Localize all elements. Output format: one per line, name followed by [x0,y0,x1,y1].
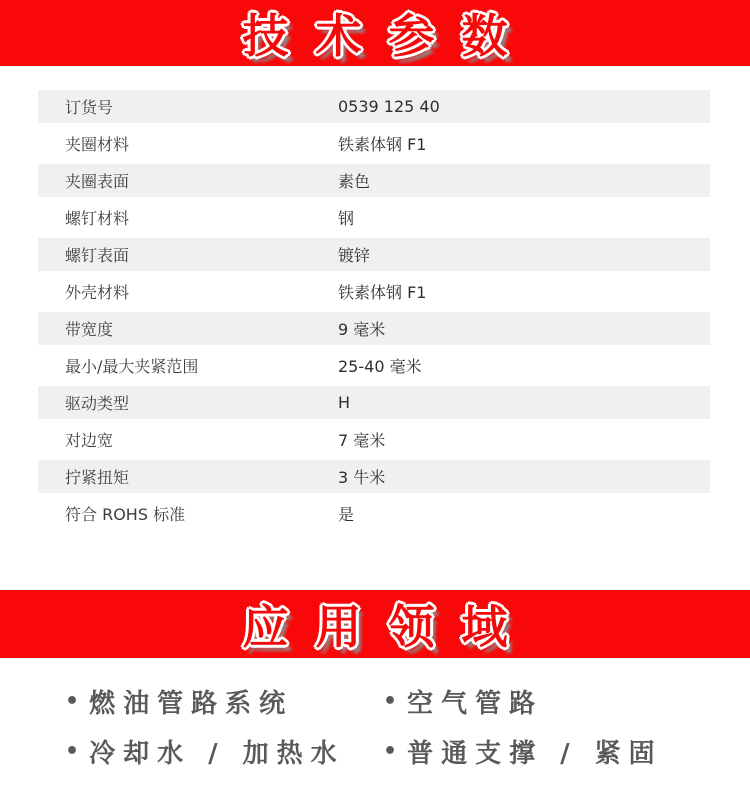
application-item: • 空气管路 [383,683,750,720]
application-item-label: 燃油管路系统 [89,683,293,720]
tech-params-banner: 技术参数 [0,0,750,66]
spec-value: H [338,393,350,412]
spec-value: 3 牛米 [338,465,385,488]
table-row: 带宽度 9 毫米 [38,312,710,345]
spec-label: 符合 ROHS 标准 [38,502,338,525]
table-row: 拧紧扭矩 3 牛米 [38,460,710,493]
application-item-label: 空气管路 [407,683,543,720]
spec-value: 镀锌 [338,243,370,266]
spec-label: 最小/最大夹紧范围 [38,354,338,377]
spec-label: 带宽度 [38,317,338,340]
spec-value: 0539 125 40 [338,97,440,116]
bullet-icon: • [383,689,397,714]
table-row: 螺钉表面 镀锌 [38,238,710,271]
bullet-icon: • [65,689,79,714]
application-banner: 应用领域 [0,590,750,658]
spec-label: 订货号 [38,95,338,118]
spec-value: 是 [338,502,354,525]
spec-value: 9 毫米 [338,317,385,340]
spec-value: 素色 [338,169,370,192]
application-item-label: 冷却水 / 加热水 [89,733,345,770]
spec-value: 25-40 毫米 [338,354,422,377]
spec-label: 拧紧扭矩 [38,465,338,488]
table-row: 螺钉材料 钢 [38,201,710,234]
tech-params-title: 技术参数 [216,0,535,66]
product-spec-page: 技术参数 订货号 0539 125 40 夹圈材料 铁素体钢 F1 夹圈表面 素… [0,0,750,770]
table-row: 最小/最大夹紧范围 25-40 毫米 [38,349,710,382]
spec-value: 钢 [338,206,354,229]
spec-table: 订货号 0539 125 40 夹圈材料 铁素体钢 F1 夹圈表面 素色 螺钉材… [38,90,710,530]
bullet-icon: • [65,739,79,764]
table-row: 对边宽 7 毫米 [38,423,710,456]
table-row: 符合 ROHS 标准 是 [38,497,710,530]
spec-value: 铁素体钢 F1 [338,132,426,155]
application-list: • 燃油管路系统 • 空气管路 • 冷却水 / 加热水 • 普通支撑 / 紧固 [0,683,750,770]
table-row: 订货号 0539 125 40 [38,90,710,123]
table-row: 外壳材料 铁素体钢 F1 [38,275,710,308]
spec-value: 7 毫米 [338,428,385,451]
spec-label: 对边宽 [38,428,338,451]
spec-label: 夹圈表面 [38,169,338,192]
table-row: 夹圈材料 铁素体钢 F1 [38,127,710,160]
spec-label: 螺钉材料 [38,206,338,229]
spec-label: 驱动类型 [38,391,338,414]
spec-value: 铁素体钢 F1 [338,280,426,303]
spec-label: 螺钉表面 [38,243,338,266]
application-title: 应用领域 [216,591,535,657]
table-row: 驱动类型 H [38,386,710,419]
application-item: • 普通支撑 / 紧固 [383,733,750,770]
spec-label: 外壳材料 [38,280,338,303]
bullet-icon: • [383,739,397,764]
table-row: 夹圈表面 素色 [38,164,710,197]
application-item: • 冷却水 / 加热水 [65,733,383,770]
application-item-label: 普通支撑 / 紧固 [407,733,663,770]
spec-label: 夹圈材料 [38,132,338,155]
application-item: • 燃油管路系统 [65,683,383,720]
